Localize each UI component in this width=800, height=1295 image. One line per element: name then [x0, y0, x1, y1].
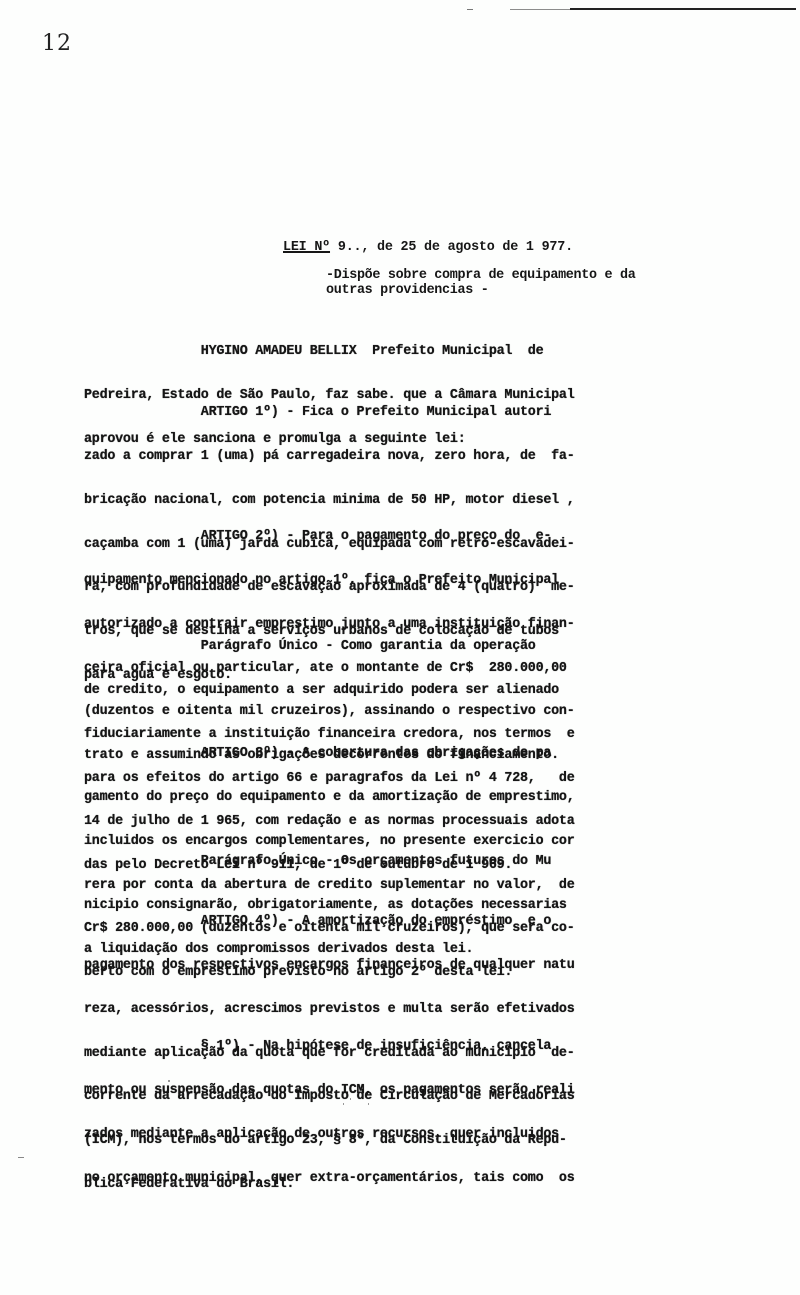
text-line: § 1º) - Na hipótese de insuficiência, ca… — [84, 1040, 704, 1055]
scan-speck — [368, 1103, 369, 1105]
law-title-prefix: LEI Nº — [283, 240, 330, 255]
scan-speck — [168, 1080, 170, 1082]
law-number: 9.. — [338, 240, 362, 255]
page-number: 12 — [42, 31, 72, 56]
text-line: no orçamento municipal, quer extra-orçam… — [84, 1172, 704, 1187]
law-summary-line: -Dispõe sobre compra de equipamento e da — [326, 268, 635, 283]
text-line: ARTIGO 1º) - Fica o Prefeito Municipal a… — [84, 406, 704, 421]
text-line: mento ou suspensão das quotas do ICM, os… — [84, 1084, 704, 1099]
text-line: ARTIGO 2º) - Para o pagamento do preço d… — [84, 530, 704, 545]
text-line: pagamento dos respectivos encargos finan… — [84, 959, 704, 974]
text-line: zados mediante a aplicação de outros rec… — [84, 1128, 704, 1143]
scan-speck — [350, 1098, 351, 1100]
text-line: ARTIGO 4º) - A amortização do empréstimo… — [84, 915, 704, 930]
text-line: HYGINO AMADEU BELLIX Prefeito Municipal … — [84, 345, 704, 360]
scan-speck — [343, 1103, 344, 1105]
text-line: Parágrafo Único - Como garantia da opera… — [84, 640, 704, 655]
text-line: de credito, o equipamento a ser adquirid… — [84, 684, 704, 699]
law-title: LEI Nº 9.., de 25 de agosto de 1 977. — [283, 240, 573, 255]
scan-artifact-dash — [18, 1157, 24, 1158]
article-4-section-1-paragraph: § 1º) - Na hipótese de insuficiência, ca… — [84, 1011, 704, 1201]
scan-artifact-line — [570, 8, 796, 10]
scan-artifact-line — [467, 9, 473, 10]
law-summary-line: outras providencias - — [326, 283, 635, 298]
text-line: gamento do preço do equipamento e da amo… — [84, 791, 704, 806]
text-line: zado a comprar 1 (uma) pá carregadeira n… — [84, 450, 704, 465]
law-date: , de 25 de agosto de 1 977. — [361, 240, 573, 255]
text-line: Parágrafo Único - Os orçamentos futuros … — [84, 855, 704, 870]
text-line: ARTIGO 3º) - A cobertura das obrigações … — [84, 747, 704, 762]
text-line: quipamento mencionado no artigo 1º, fica… — [84, 574, 704, 589]
law-summary: -Dispõe sobre compra de equipamento e da… — [326, 268, 635, 298]
